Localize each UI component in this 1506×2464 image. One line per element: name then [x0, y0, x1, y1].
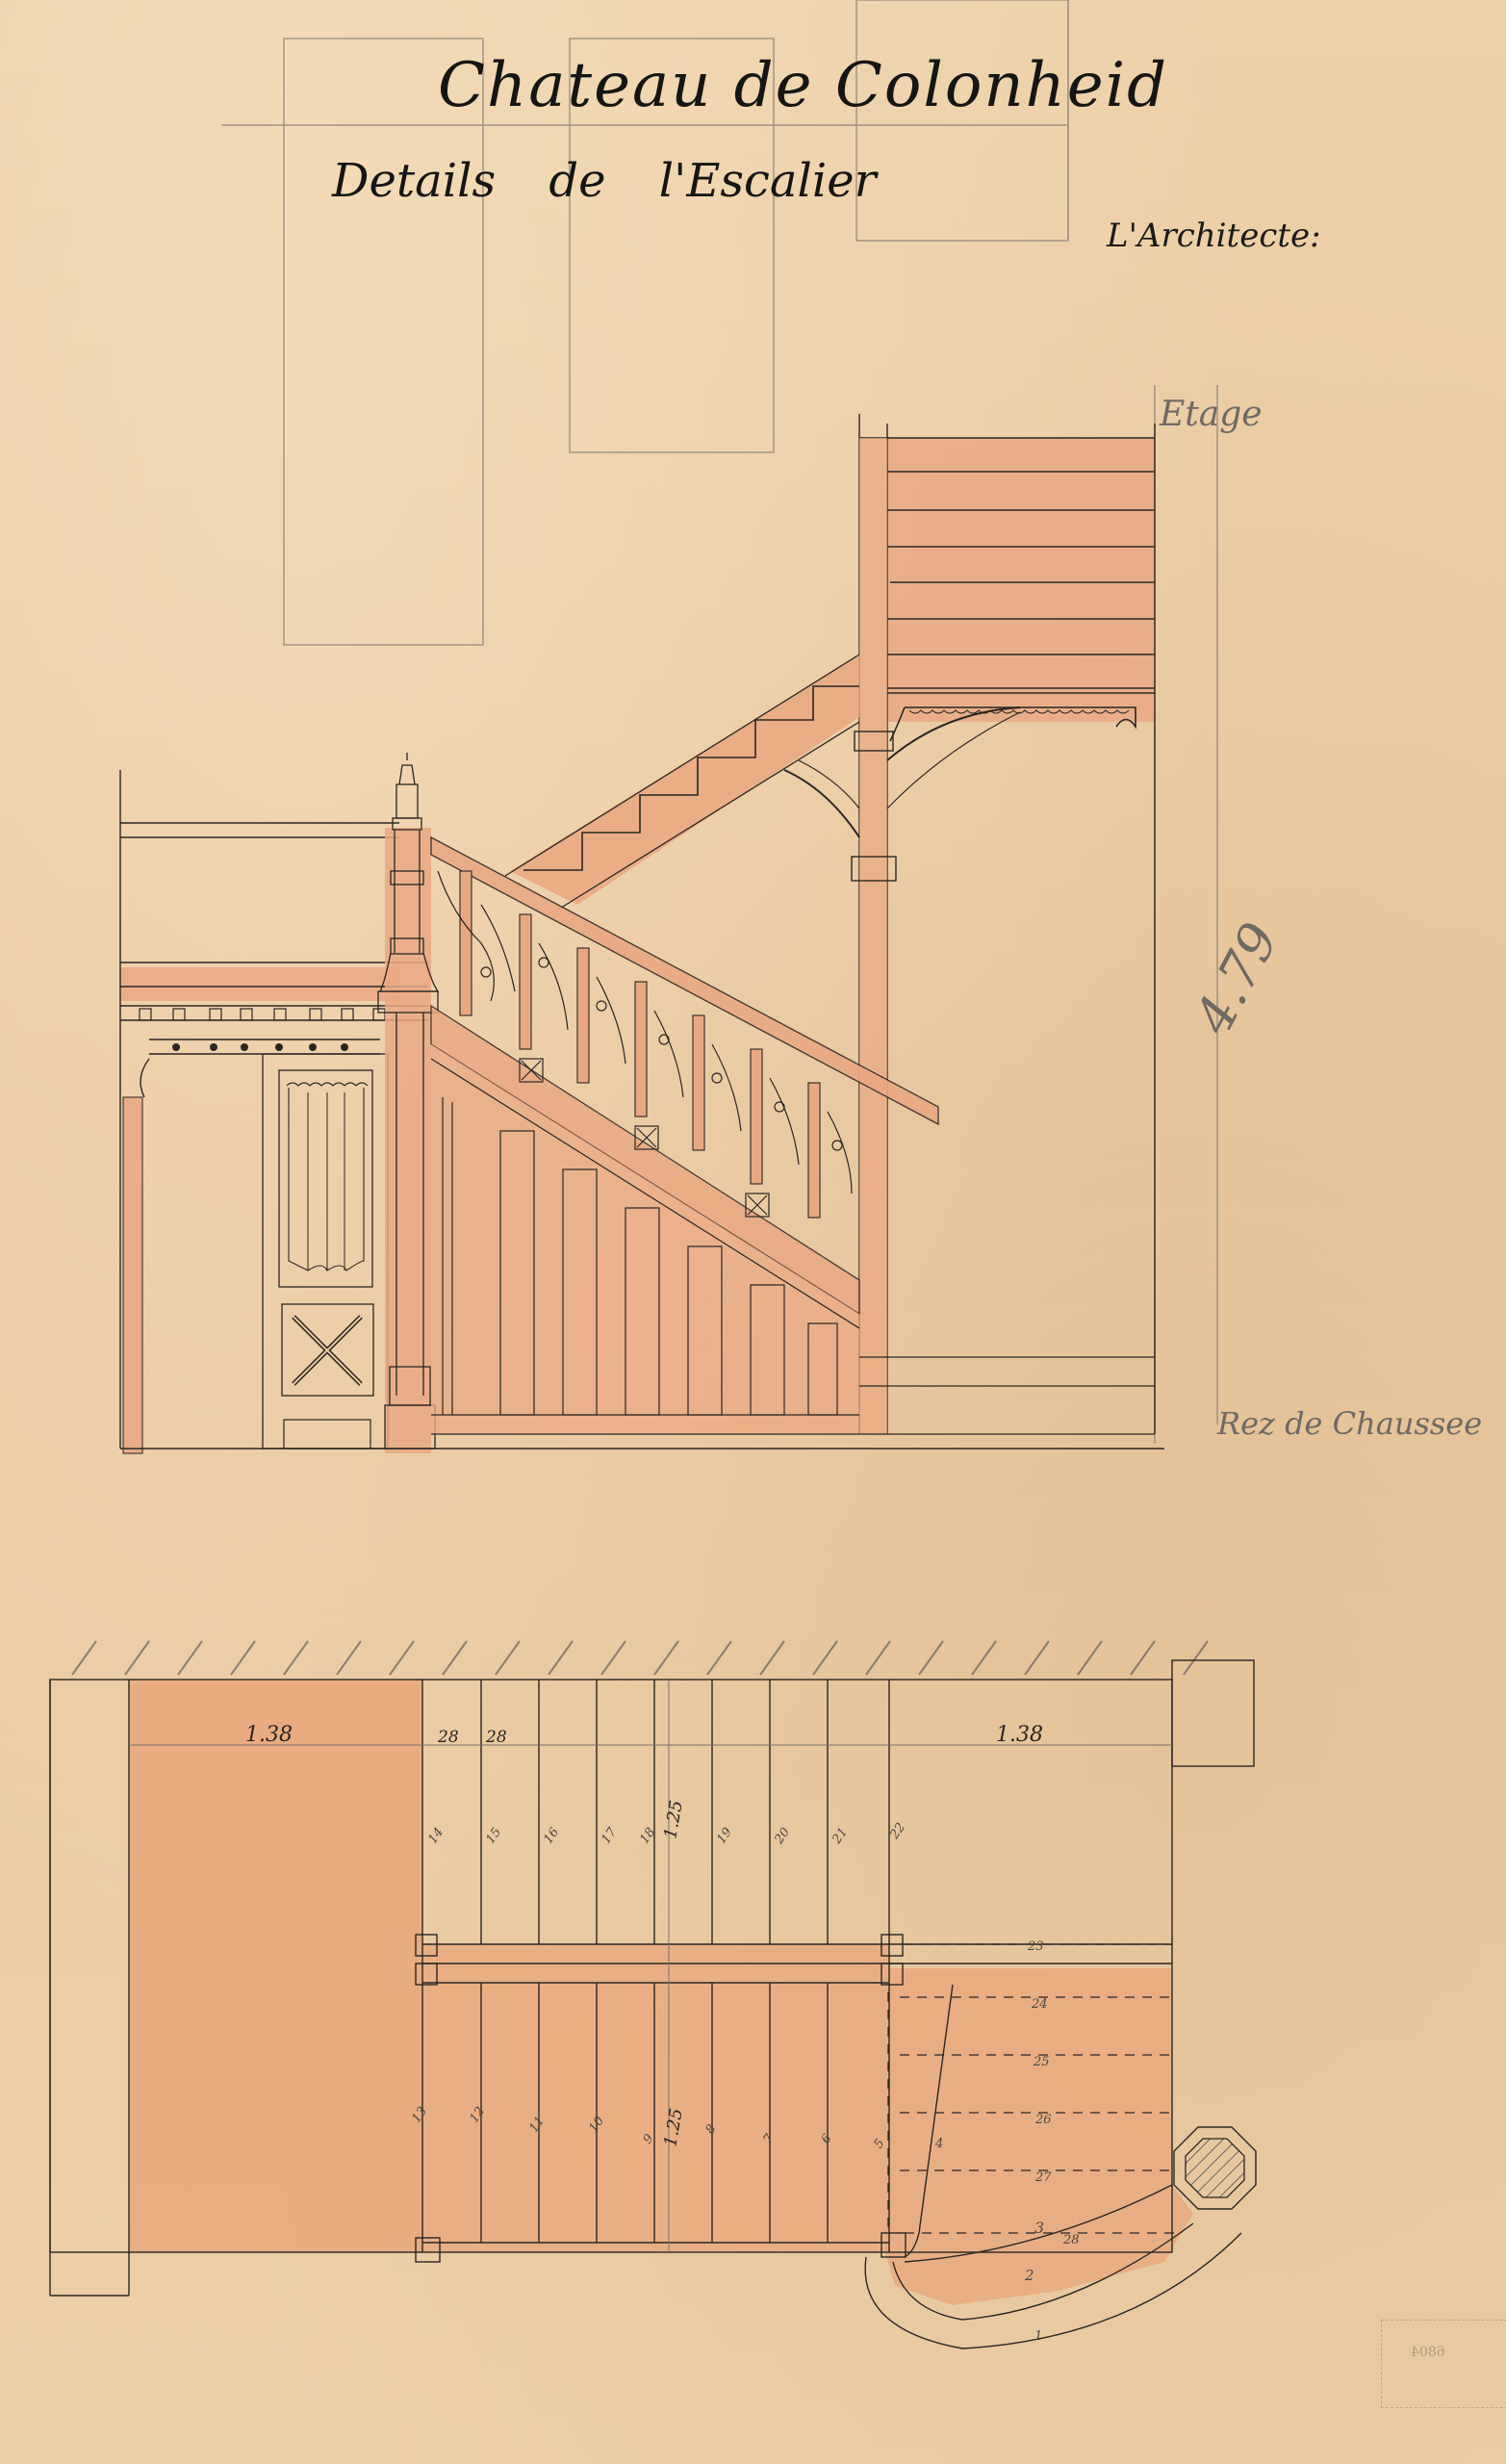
- ground-level-label: Rez de Chaussee: [1217, 1405, 1482, 1442]
- drawing-sheet: Chateau de Colonheid Details de l'Escali…: [0, 0, 1506, 2464]
- step-number: 4: [935, 2137, 943, 2151]
- step-number: 23: [1028, 1939, 1044, 1954]
- step-number: 3: [1034, 2219, 1044, 2237]
- archive-stamp: 6804: [1381, 2320, 1506, 2408]
- step-number: 25: [1034, 2055, 1050, 2069]
- step-number: 24: [1032, 1997, 1048, 2012]
- architectural-drawing: [0, 0, 1506, 2464]
- drawing-subtitle: Details de l'Escalier: [332, 154, 877, 208]
- dim-tread-1: 28: [438, 1728, 459, 1747]
- step-number: 28: [1063, 2233, 1080, 2247]
- dim-tread-2: 28: [486, 1728, 507, 1747]
- dim-left-landing: 1.38: [245, 1723, 293, 1747]
- step-number: 26: [1035, 2113, 1052, 2127]
- step-number: 1: [1034, 2329, 1042, 2344]
- architect-signature-label: L'Architecte:: [1107, 217, 1321, 255]
- upper-level-label: Etage: [1160, 395, 1263, 434]
- step-number: 2: [1025, 2267, 1034, 2284]
- drawing-title: Chateau de Colonheid: [438, 50, 1168, 121]
- stair-elevation: [120, 414, 1164, 1453]
- dim-right-landing: 1.38: [996, 1723, 1043, 1747]
- step-number: 27: [1035, 2170, 1052, 2185]
- archive-stamp-text: 6804: [1411, 2345, 1445, 2360]
